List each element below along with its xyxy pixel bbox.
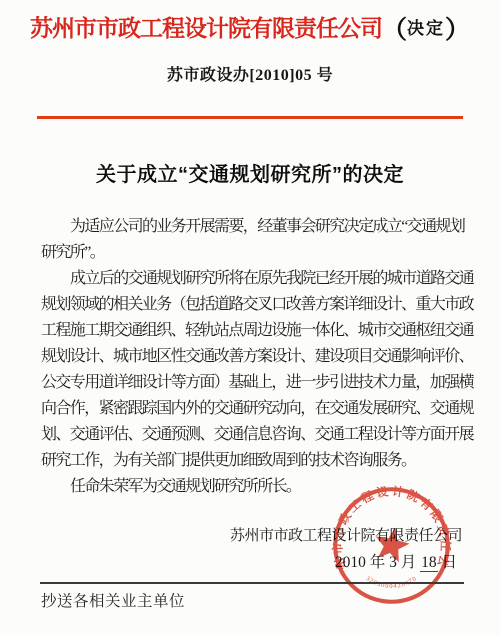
red-divider-line bbox=[37, 116, 463, 119]
body-text-line: 为适应公司的业务开展需要，经董事会研究决定成立“交通规划 bbox=[41, 214, 465, 240]
header-paren-close: ） bbox=[445, 17, 470, 44]
header-doc-type: 决定 bbox=[407, 19, 445, 38]
date-suffix: 日 bbox=[438, 554, 457, 571]
signature-date: 2010 年 3 月 18 日 bbox=[335, 550, 457, 572]
body-text-line: 规划设计、城市地区性交通改善方案设计、建设项目交通影响评价、 bbox=[41, 344, 465, 370]
body-text-line: 规划领域的相关业务（包括道路交叉口改善方案详细设计、重大市政 bbox=[41, 292, 465, 318]
company-seal-icon: 苏州市市政工程设计院有限责任公司 3205000420470 bbox=[328, 482, 455, 609]
seal-ring bbox=[335, 489, 447, 601]
header-paren-open: （ bbox=[382, 17, 407, 44]
date-day-underlined: 18 bbox=[420, 554, 438, 572]
document-number: 苏市政设办[2010]05 号 bbox=[0, 62, 500, 85]
body-text-line: 划、交通评估、交通预测、交通信息咨询、交通工程设计等方面开展 bbox=[41, 422, 465, 448]
footer-divider-line bbox=[40, 582, 464, 584]
body-text-line: 研究所”。 bbox=[41, 240, 465, 266]
body-text-line: 公交专用道详细设计等方面）基础上，进一步引进技术力量，加强横 bbox=[41, 370, 465, 396]
document-header: 苏州市市政工程设计院有限责任公司（决定） bbox=[0, 10, 500, 46]
header-company-name: 苏州市市政工程设计院有限责任公司 bbox=[30, 15, 382, 41]
body-text-line: 成立后的交通规划研究所将在原先我院已经开展的城市道路交通 bbox=[41, 266, 465, 292]
signature-company: 苏州市市政工程设计院有限责任公司 bbox=[230, 524, 462, 545]
document-title: 关于成立“交通规划研究所”的决定 bbox=[0, 158, 500, 187]
document-body: 为适应公司的业务开展需要，经董事会研究决定成立“交通规划 研究所”。 成立后的交… bbox=[41, 214, 465, 500]
body-text-line: 任命朱荣军为交通规划研究所所长。 bbox=[41, 474, 465, 500]
body-text-line: 研究工作，为有关部门提供更加细致周到的技术咨询服务。 bbox=[41, 448, 465, 474]
date-prefix: 2010 年 3 月 bbox=[335, 554, 420, 571]
body-text-line: 向合作，紧密跟踪国内外的交通研究动向，在交通发展研究、交通规 bbox=[41, 396, 465, 422]
body-text-line: 工程施工期交通组织、轻轨站点周边设施一体化、城市交通枢纽交通 bbox=[41, 318, 465, 344]
document-page: 苏州市市政工程设计院有限责任公司（决定） 苏市政设办[2010]05 号 关于成… bbox=[0, 0, 500, 635]
cc-note: 抄送各相关业主单位 bbox=[41, 589, 185, 611]
